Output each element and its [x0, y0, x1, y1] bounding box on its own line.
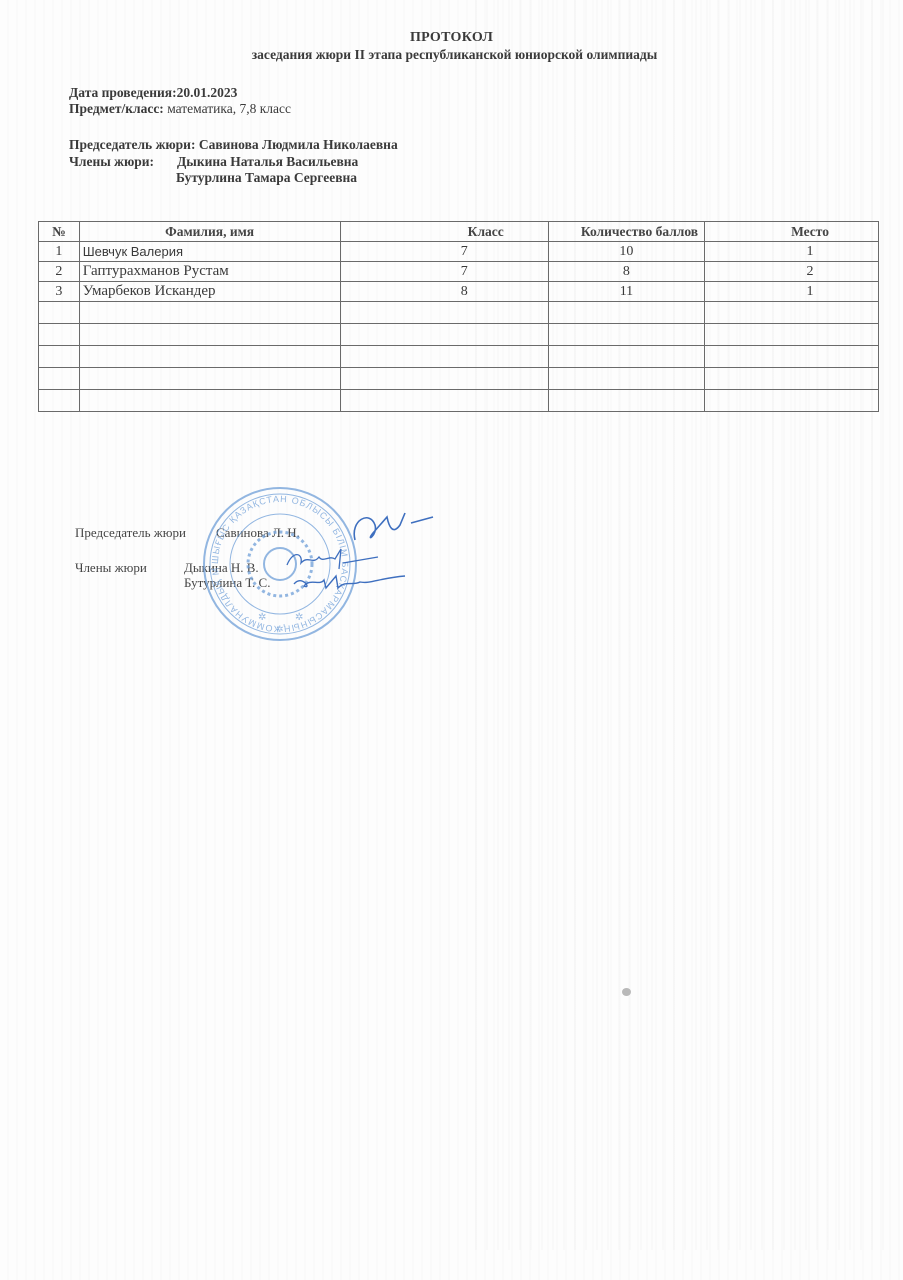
empty-cell [79, 324, 340, 346]
table-row: 1Шевчук Валерия7101 [39, 242, 879, 262]
svg-text:✲: ✲ [276, 624, 284, 634]
subject-value: математика, 7,8 класс [164, 101, 291, 116]
empty-cell [340, 302, 548, 324]
empty-cell [548, 390, 704, 412]
signature-chair-label: Председатель жюри [75, 525, 186, 541]
empty-cell [79, 302, 340, 324]
header-number: № [39, 222, 80, 242]
row-class: 7 [340, 242, 548, 262]
header-score: Количество баллов [548, 222, 704, 242]
chair-value: Савинова Людмила Николаевна [195, 137, 397, 152]
empty-cell [548, 324, 704, 346]
table-row-empty [39, 390, 879, 412]
empty-cell [39, 324, 80, 346]
subject-label: Предмет/класс: [69, 101, 164, 116]
row-name: Гаптурахманов Рустам [79, 262, 340, 282]
members-line: Члены жюри:Дыкина Наталья Васильевна [69, 154, 358, 170]
empty-cell [340, 368, 548, 390]
row-score: 11 [548, 282, 704, 302]
header-place: Место [705, 222, 879, 242]
table-row-empty [39, 346, 879, 368]
row-name: Шевчук Валерия [79, 242, 340, 262]
empty-cell [39, 302, 80, 324]
empty-cell [79, 368, 340, 390]
row-place: 1 [705, 242, 879, 262]
scan-artifact [470, 0, 890, 1250]
empty-cell [340, 324, 548, 346]
date-label: Дата проведения: [69, 85, 177, 100]
empty-cell [340, 390, 548, 412]
chair-line: Председатель жюри: Савинова Людмила Нико… [69, 137, 398, 153]
table-header-row: № Фамилия, имя Класс Количество баллов М… [39, 222, 879, 242]
member-1: Дыкина Наталья Васильевна [177, 154, 358, 169]
table-row: 3Умарбеков Искандер8111 [39, 282, 879, 302]
date-line: Дата проведения:20.01.2023 [69, 85, 237, 101]
results-table: № Фамилия, имя Класс Количество баллов М… [38, 221, 879, 412]
row-name: Умарбеков Искандер [79, 282, 340, 302]
document-title: ПРОТОКОЛ [0, 30, 903, 46]
chair-label: Председатель жюри: [69, 137, 195, 152]
empty-cell [548, 368, 704, 390]
member2-signature [290, 570, 410, 595]
table-row: 2Гаптурахманов Рустам782 [39, 262, 879, 282]
empty-cell [705, 324, 879, 346]
empty-cell [340, 346, 548, 368]
empty-cell [548, 346, 704, 368]
scan-smudge [622, 988, 631, 996]
table-row-empty [39, 302, 879, 324]
signature-members-label: Члены жюри [75, 560, 147, 576]
empty-cell [79, 346, 340, 368]
date-value: 20.01.2023 [177, 85, 238, 100]
row-number: 2 [39, 262, 80, 282]
row-number: 3 [39, 282, 80, 302]
row-place: 2 [705, 262, 879, 282]
chair-signature [345, 505, 435, 550]
table-row-empty [39, 368, 879, 390]
row-class: 7 [340, 262, 548, 282]
empty-cell [548, 302, 704, 324]
svg-text:✲: ✲ [295, 612, 303, 623]
header-class: Класс [340, 222, 548, 242]
empty-cell [79, 390, 340, 412]
empty-cell [705, 302, 879, 324]
row-place: 1 [705, 282, 879, 302]
table-row-empty [39, 324, 879, 346]
empty-cell [705, 346, 879, 368]
subject-line: Предмет/класс: математика, 7,8 класс [69, 101, 291, 117]
members-label: Члены жюри: [69, 154, 177, 170]
row-class: 8 [340, 282, 548, 302]
empty-cell [705, 390, 879, 412]
header-name: Фамилия, имя [79, 222, 340, 242]
empty-cell [39, 390, 80, 412]
row-score: 8 [548, 262, 704, 282]
row-score: 10 [548, 242, 704, 262]
empty-cell [39, 368, 80, 390]
empty-cell [39, 346, 80, 368]
row-number: 1 [39, 242, 80, 262]
svg-text:✲: ✲ [258, 612, 266, 623]
empty-cell [705, 368, 879, 390]
document-subtitle: заседания жюри II этапа республиканской … [3, 47, 903, 63]
member-2: Бутурлина Тамара Сергеевна [176, 170, 357, 186]
